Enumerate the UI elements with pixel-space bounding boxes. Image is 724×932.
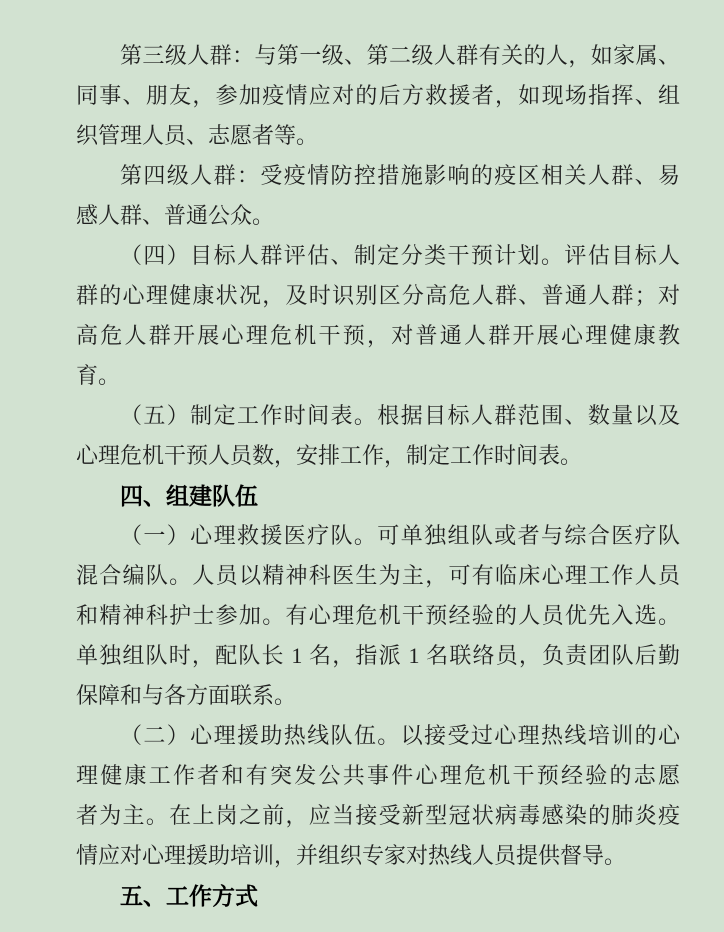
- document-page: 第三级人群：与第一级、第二级人群有关的人，如家属、 同事、朋友，参加疫情应对的后…: [0, 0, 724, 932]
- paragraph-line: 育。: [76, 356, 680, 396]
- paragraph-line: 理健康工作者和有突发公共事件心理危机干预经验的志愿: [76, 756, 680, 796]
- paragraph-line: 混合编队。人员以精神科医生为主，可有临床心理工作人员: [76, 556, 680, 596]
- paragraph-line: 和精神科护士参加。有心理危机干预经验的人员优先入选。: [76, 596, 680, 636]
- paragraph-line: （五）制定工作时间表。根据目标人群范围、数量以及: [76, 396, 680, 436]
- paragraph-line: 者为主。在上岗之前，应当接受新型冠状病毒感染的肺炎疫: [76, 796, 680, 836]
- paragraph-line: 保障和与各方面联系。: [76, 676, 680, 716]
- paragraph-line: 单独组队时，配队长 1 名，指派 1 名联络员，负责团队后勤: [76, 636, 680, 676]
- paragraph-line: 织管理人员、志愿者等。: [76, 116, 680, 156]
- paragraph-line: 情应对心理援助培训，并组织专家对热线人员提供督导。: [76, 836, 680, 876]
- paragraph-line: 群的心理健康状况，及时识别区分高危人群、普通人群；对: [76, 276, 680, 316]
- section-heading-work-method: 五、工作方式: [76, 876, 680, 916]
- section-heading-team-building: 四、组建队伍: [76, 476, 680, 516]
- paragraph-line: 高危人群开展心理危机干预，对普通人群开展心理健康教: [76, 316, 680, 356]
- paragraph-line: 同事、朋友，参加疫情应对的后方救援者，如现场指挥、组: [76, 76, 680, 116]
- paragraph-line: （二）心理援助热线队伍。以接受过心理热线培训的心: [76, 716, 680, 756]
- paragraph-line: 第四级人群：受疫情防控措施影响的疫区相关人群、易: [76, 156, 680, 196]
- paragraph-line: 第三级人群：与第一级、第二级人群有关的人，如家属、: [76, 36, 680, 76]
- paragraph-line: 心理危机干预人员数，安排工作，制定工作时间表。: [76, 436, 680, 476]
- paragraph-line: （一）心理救援医疗队。可单独组队或者与综合医疗队: [76, 516, 680, 556]
- paragraph-line: （四）目标人群评估、制定分类干预计划。评估目标人: [76, 236, 680, 276]
- paragraph-line: 感人群、普通公众。: [76, 196, 680, 236]
